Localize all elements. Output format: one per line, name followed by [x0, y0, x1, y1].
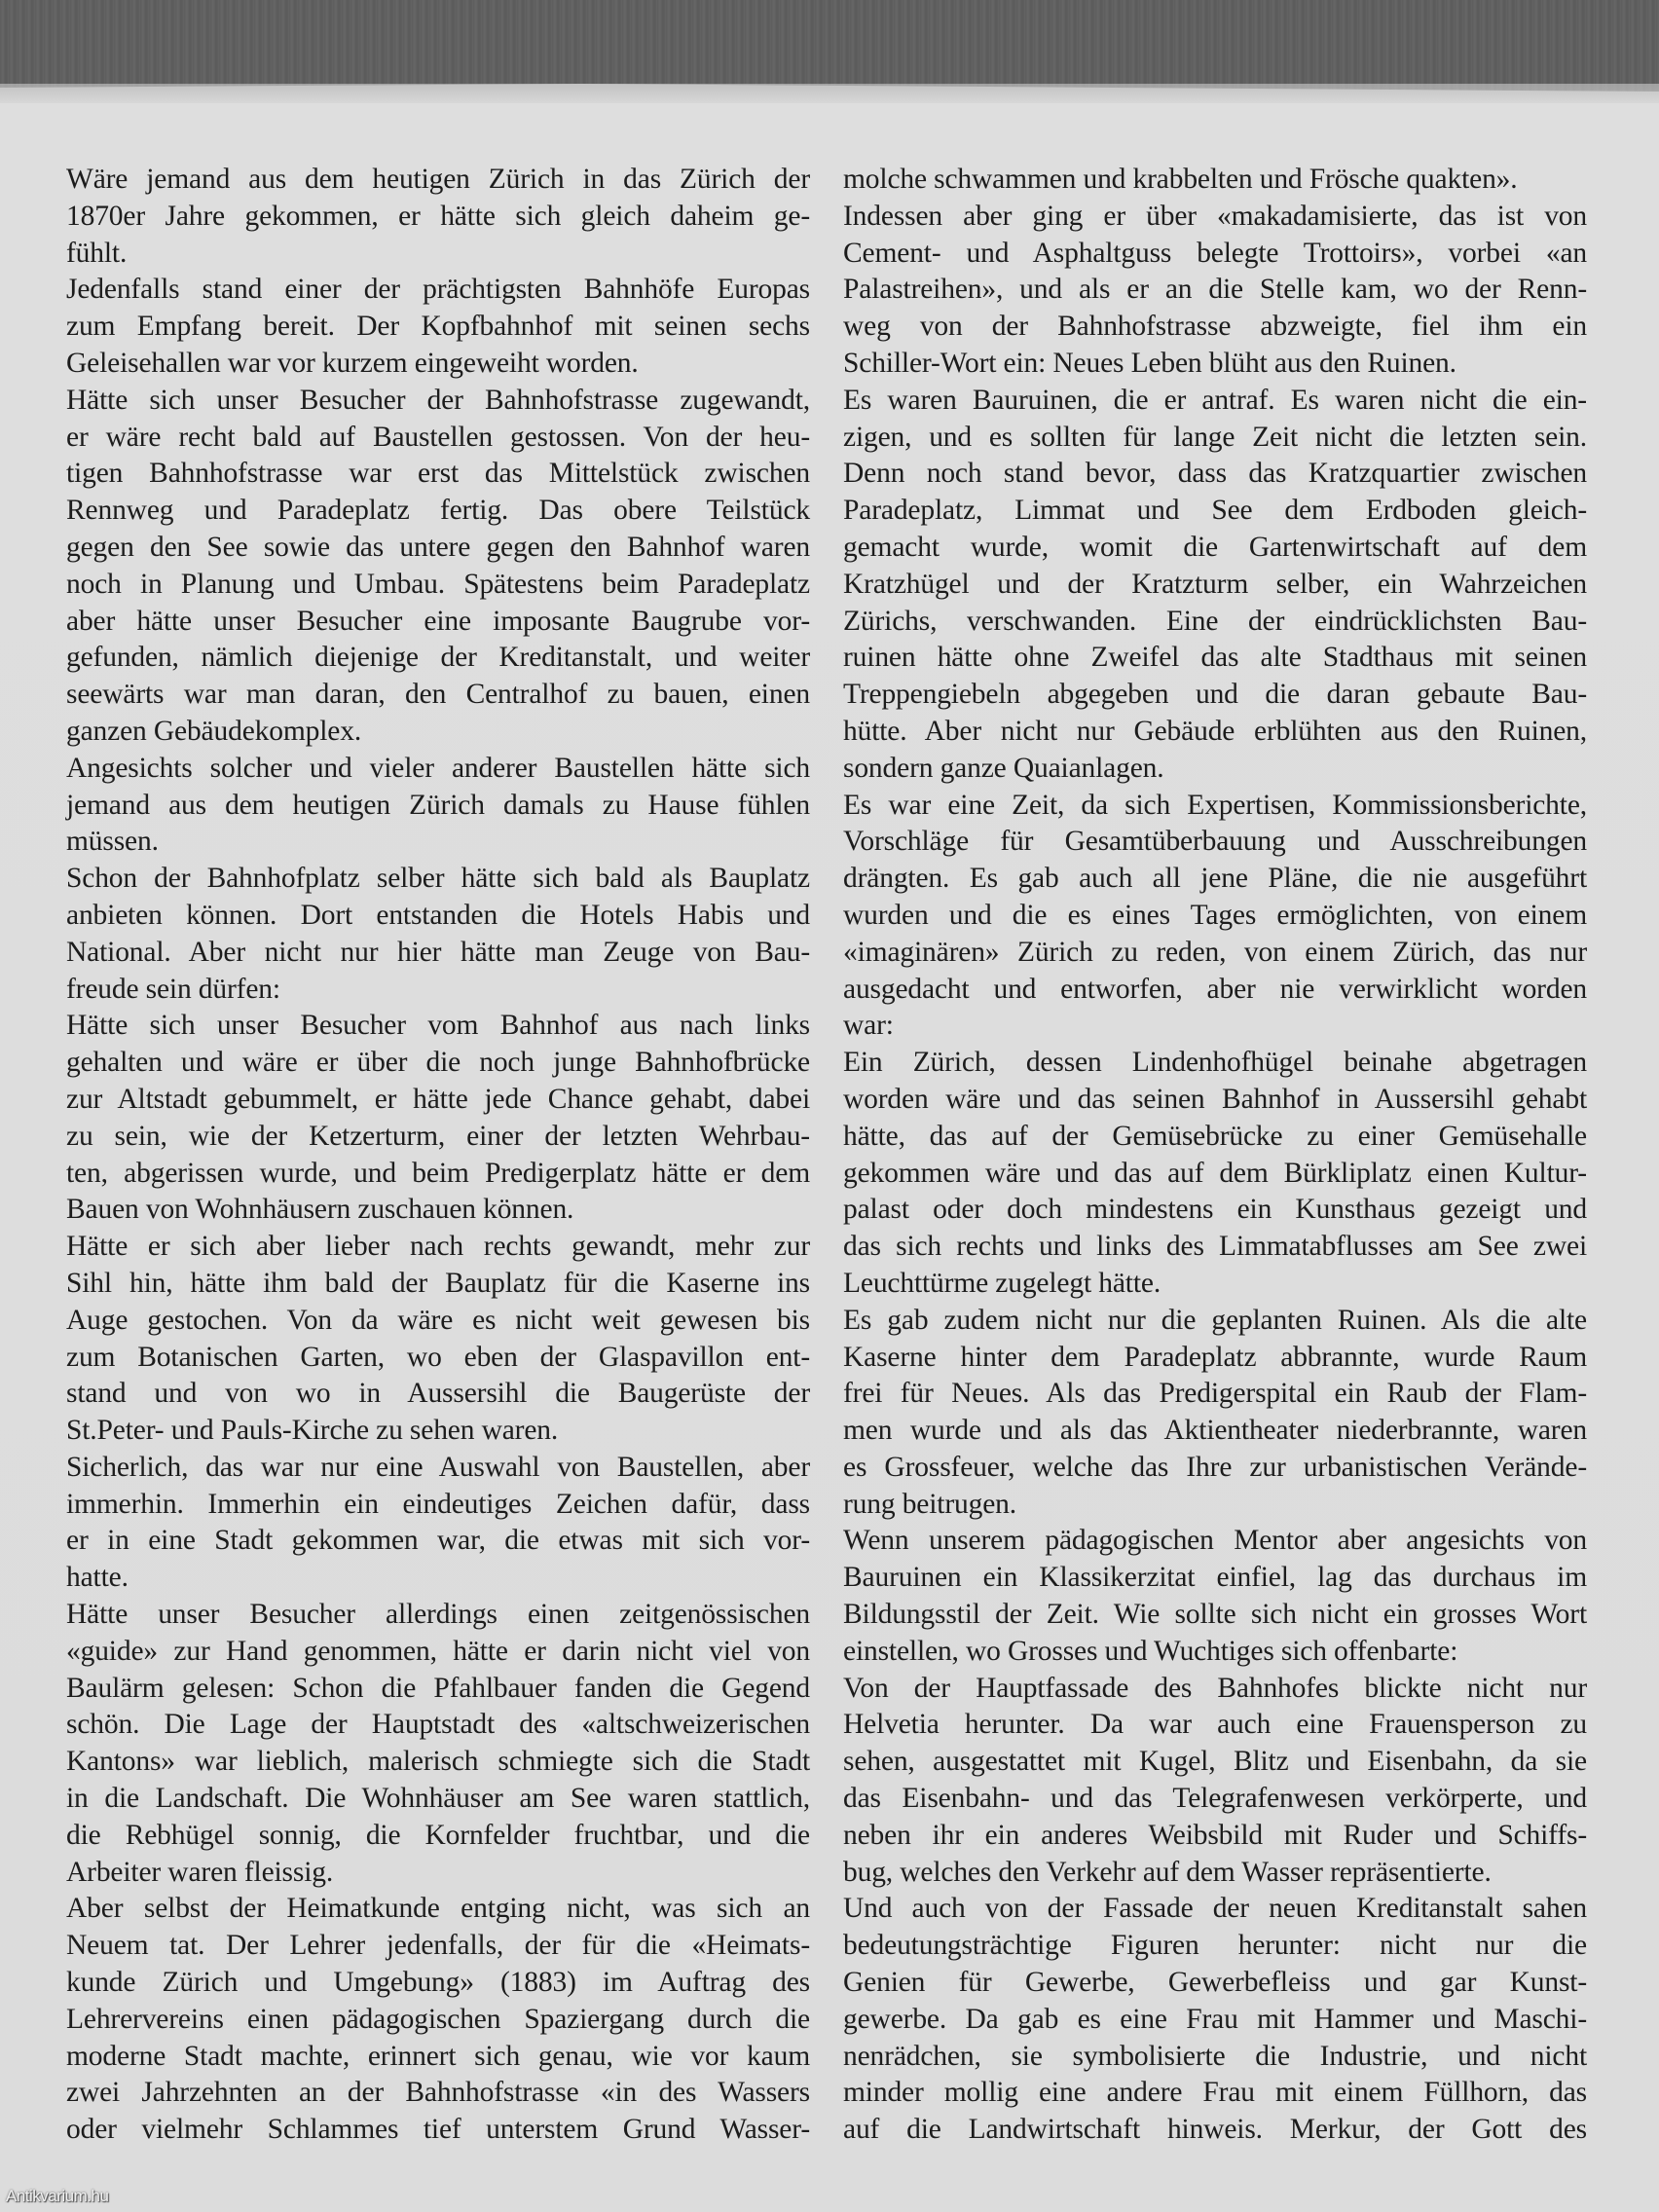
text-line: Sicherlich, das war nur eine Auswahl von… — [66, 1450, 810, 1487]
text-line: Von der Hauptfassade des Bahnhofes blick… — [843, 1671, 1587, 1708]
text-line: Es gab zudem nicht nur die geplanten Rui… — [843, 1303, 1587, 1340]
text-line: hütte. Aber nicht nur Gebäude erblühten … — [843, 714, 1587, 751]
text-line: Ein Zürich, dessen Lindenhofhügel beinah… — [843, 1045, 1587, 1082]
text-line: «guide» zur Hand genommen, hätte er dari… — [66, 1634, 810, 1671]
text-line: oder vielmehr Schlammes tief unterstem G… — [66, 2112, 810, 2149]
text-line: Genien für Gewerbe, Gewerbefleiss und ga… — [843, 1965, 1587, 2002]
text-line: es Grossfeuer, welche das Ihre zur urban… — [843, 1450, 1587, 1487]
text-line: Auge gestochen. Von da wäre es nicht wei… — [66, 1303, 810, 1340]
left-text-column: Wäre jemand aus dem heutigen Zürich in d… — [66, 162, 810, 2149]
page-top-edge — [0, 84, 1659, 103]
text-line: wurden und die es eines Tages ermöglicht… — [843, 898, 1587, 935]
text-line: bug, welches den Verkehr auf dem Wasser … — [843, 1855, 1587, 1892]
text-line: hätte, das auf der Gemüsebrücke zu einer… — [843, 1119, 1587, 1156]
text-line: Palastreihen», und als er an die Stelle … — [843, 272, 1587, 309]
text-line: zu sein, wie der Ketzerturm, einer der l… — [66, 1119, 810, 1156]
text-line: National. Aber nicht nur hier hätte man … — [66, 935, 810, 972]
text-line: einstellen, wo Grosses und Wuchtiges sic… — [843, 1634, 1587, 1671]
text-line: Baulärm gelesen: Schon die Pfahlbauer fa… — [66, 1671, 810, 1708]
text-line: Kaserne hinter dem Paradeplatz abbrannte… — [843, 1340, 1587, 1377]
text-line: jemand aus dem heutigen Zürich damals zu… — [66, 788, 810, 825]
text-line: worden wäre und das seinen Bahnhof in Au… — [843, 1082, 1587, 1119]
text-line: men wurde und als das Aktientheater nied… — [843, 1413, 1587, 1450]
text-line: kunde Zürich und Umgebung» (1883) im Auf… — [66, 1965, 810, 2002]
text-line: molche schwammen und krabbelten und Frös… — [843, 162, 1587, 199]
text-line: ganzen Gebäudekomplex. — [66, 714, 810, 751]
text-line: noch in Planung und Umbau. Spätestens be… — [66, 567, 810, 604]
text-line: palast oder doch mindestens ein Kunsthau… — [843, 1192, 1587, 1229]
text-line: weg von der Bahnhofstrasse abzweigte, fi… — [843, 309, 1587, 346]
text-line: Kantons» war lieblich, malerisch schmieg… — [66, 1744, 810, 1781]
text-line: Helvetia herunter. Da war auch eine Frau… — [843, 1707, 1587, 1744]
text-line: Geleisehallen war vor kurzem eingeweiht … — [66, 346, 810, 383]
text-line: frei für Neues. Als das Predigerspital e… — [843, 1376, 1587, 1413]
text-line: gegen den See sowie das untere gegen den… — [66, 530, 810, 567]
text-line: bedeutungsträchtige Figuren herunter: ni… — [843, 1928, 1587, 1965]
text-line: Jedenfalls stand einer der prächtigsten … — [66, 272, 810, 309]
text-line: nenrädchen, sie symbolisierte die Indust… — [843, 2039, 1587, 2076]
text-line: Es war eine Zeit, da sich Expertisen, Ko… — [843, 788, 1587, 825]
text-line: Aber selbst der Heimatkunde entging nich… — [66, 1891, 810, 1928]
text-line: Denn noch stand bevor, dass das Kratzqua… — [843, 456, 1587, 493]
text-line: rung beitrugen. — [843, 1487, 1587, 1524]
text-line: Wäre jemand aus dem heutigen Zürich in d… — [66, 162, 810, 199]
text-line: St.Peter- und Pauls-Kirche zu sehen ware… — [66, 1413, 810, 1450]
text-line: gefunden, nämlich diejenige der Kreditan… — [66, 640, 810, 677]
table-surface-background — [0, 0, 1659, 97]
text-line: schön. Die Lage der Hauptstadt des «alts… — [66, 1707, 810, 1744]
text-line: Arbeiter waren fleissig. — [66, 1855, 810, 1892]
text-line: zigen, und es sollten für lange Zeit nic… — [843, 420, 1587, 457]
text-line: aber hätte unser Besucher eine imposante… — [66, 604, 810, 641]
text-line: Bildungsstil der Zeit. Wie sollte sich n… — [843, 1597, 1587, 1634]
text-line: Angesichts solcher und vieler anderer Ba… — [66, 751, 810, 788]
text-line: er wäre recht bald auf Baustellen gestos… — [66, 420, 810, 457]
text-line: Leuchttürme zugelegt hätte. — [843, 1266, 1587, 1303]
text-line: moderne Stadt machte, erinnert sich gena… — [66, 2039, 810, 2076]
text-line: Neuem tat. Der Lehrer jedenfalls, der fü… — [66, 1928, 810, 1965]
text-line: ausgedacht und entworfen, aber nie verwi… — [843, 972, 1587, 1009]
text-line: 1870er Jahre gekommen, er hätte sich gle… — [66, 199, 810, 236]
text-line: Schiller-Wort ein: Neues Leben blüht aus… — [843, 346, 1587, 383]
text-line: Sihl hin, hätte ihm bald der Bauplatz fü… — [66, 1266, 810, 1303]
text-line: das Eisenbahn- und das Telegrafenwesen v… — [843, 1781, 1587, 1818]
text-line: freude sein dürfen: — [66, 972, 810, 1009]
text-line: Bauruinen ein Klassikerzitat einfiel, la… — [843, 1560, 1587, 1597]
text-line: neben ihr ein anderes Weibsbild mit Rude… — [843, 1818, 1587, 1855]
text-line: Paradeplatz, Limmat und See dem Erdboden… — [843, 493, 1587, 530]
text-line: Wenn unserem pädagogischen Mentor aber a… — [843, 1523, 1587, 1560]
text-line: Kratzhügel und der Kratzturm selber, ein… — [843, 567, 1587, 604]
text-line: gemacht wurde, womit die Gartenwirtschaf… — [843, 530, 1587, 567]
text-line: zur Altstadt gebummelt, er hätte jede Ch… — [66, 1082, 810, 1119]
text-line: stand und von wo in Aussersihl die Bauge… — [66, 1376, 810, 1413]
text-line: sehen, ausgestattet mit Kugel, Blitz und… — [843, 1744, 1587, 1781]
text-line: ten, abgerissen wurde, und beim Prediger… — [66, 1156, 810, 1193]
text-line: Indessen aber ging er über «makadamisier… — [843, 199, 1587, 236]
text-line: auf die Landwirtschaft hinweis. Merkur, … — [843, 2112, 1587, 2149]
text-line: Hätte er sich aber lieber nach rechts ge… — [66, 1229, 810, 1266]
text-line: Hätte unser Besucher allerdings einen ze… — [66, 1597, 810, 1634]
text-line: Und auch von der Fassade der neuen Kredi… — [843, 1891, 1587, 1928]
text-line: er in eine Stadt gekommen war, die etwas… — [66, 1523, 810, 1560]
text-line: hatte. — [66, 1560, 810, 1597]
text-line: Lehrervereins einen pädagogischen Spazie… — [66, 2002, 810, 2039]
watermark: Antikvarium.hu — [6, 2187, 108, 2206]
text-line: gewerbe. Da gab es eine Frau mit Hammer … — [843, 2002, 1587, 2039]
text-line: Bauen von Wohnhäusern zuschauen können. — [66, 1192, 810, 1229]
text-line: ruinen hätte ohne Zweifel das alte Stadt… — [843, 640, 1587, 677]
text-line: war: — [843, 1008, 1587, 1045]
text-line: Rennweg und Paradeplatz fertig. Das ober… — [66, 493, 810, 530]
text-line: Vorschläge für Gesamtüberbauung und Auss… — [843, 824, 1587, 861]
text-line: sondern ganze Quaianlagen. — [843, 751, 1587, 788]
text-line: Hätte sich unser Besucher vom Bahnhof au… — [66, 1008, 810, 1045]
text-line: zum Empfang bereit. Der Kopfbahnhof mit … — [66, 309, 810, 346]
text-line: tigen Bahnhofstrasse war erst das Mittel… — [66, 456, 810, 493]
text-line: anbieten können. Dort entstanden die Hot… — [66, 898, 810, 935]
text-line: Schon der Bahnhofplatz selber hätte sich… — [66, 861, 810, 898]
text-line: müssen. — [66, 824, 810, 861]
text-line: zum Botanischen Garten, wo eben der Glas… — [66, 1340, 810, 1377]
text-line: zwei Jahrzehnten an der Bahnhofstrasse «… — [66, 2075, 810, 2112]
text-line: Zürichs, verschwanden. Eine der eindrück… — [843, 604, 1587, 641]
text-line: das sich rechts und links des Limmatabfl… — [843, 1229, 1587, 1266]
text-line: immerhin. Immerhin ein eindeutiges Zeich… — [66, 1487, 810, 1524]
text-line: Cement- und Asphaltguss belegte Trottoir… — [843, 236, 1587, 273]
text-line: drängten. Es gab auch all jene Pläne, di… — [843, 861, 1587, 898]
text-line: Treppengiebeln abgegeben und die daran g… — [843, 677, 1587, 714]
text-line: gehalten und wäre er über die noch junge… — [66, 1045, 810, 1082]
text-line: in die Landschaft. Die Wohnhäuser am See… — [66, 1781, 810, 1818]
text-line: gekommen wäre und das auf dem Bürkliplat… — [843, 1156, 1587, 1193]
right-text-column: molche schwammen und krabbelten und Frös… — [843, 162, 1587, 2149]
text-line: Hätte sich unser Besucher der Bahnhofstr… — [66, 383, 810, 420]
text-line: minder mollig eine andere Frau mit einem… — [843, 2075, 1587, 2112]
text-line: Es waren Bauruinen, die er antraf. Es wa… — [843, 383, 1587, 420]
text-line: seewärts war man daran, den Centralhof z… — [66, 677, 810, 714]
text-line: die Rebhügel sonnig, die Kornfelder fruc… — [66, 1818, 810, 1855]
text-line: «imaginären» Zürich zu reden, von einem … — [843, 935, 1587, 972]
text-line: fühlt. — [66, 236, 810, 273]
